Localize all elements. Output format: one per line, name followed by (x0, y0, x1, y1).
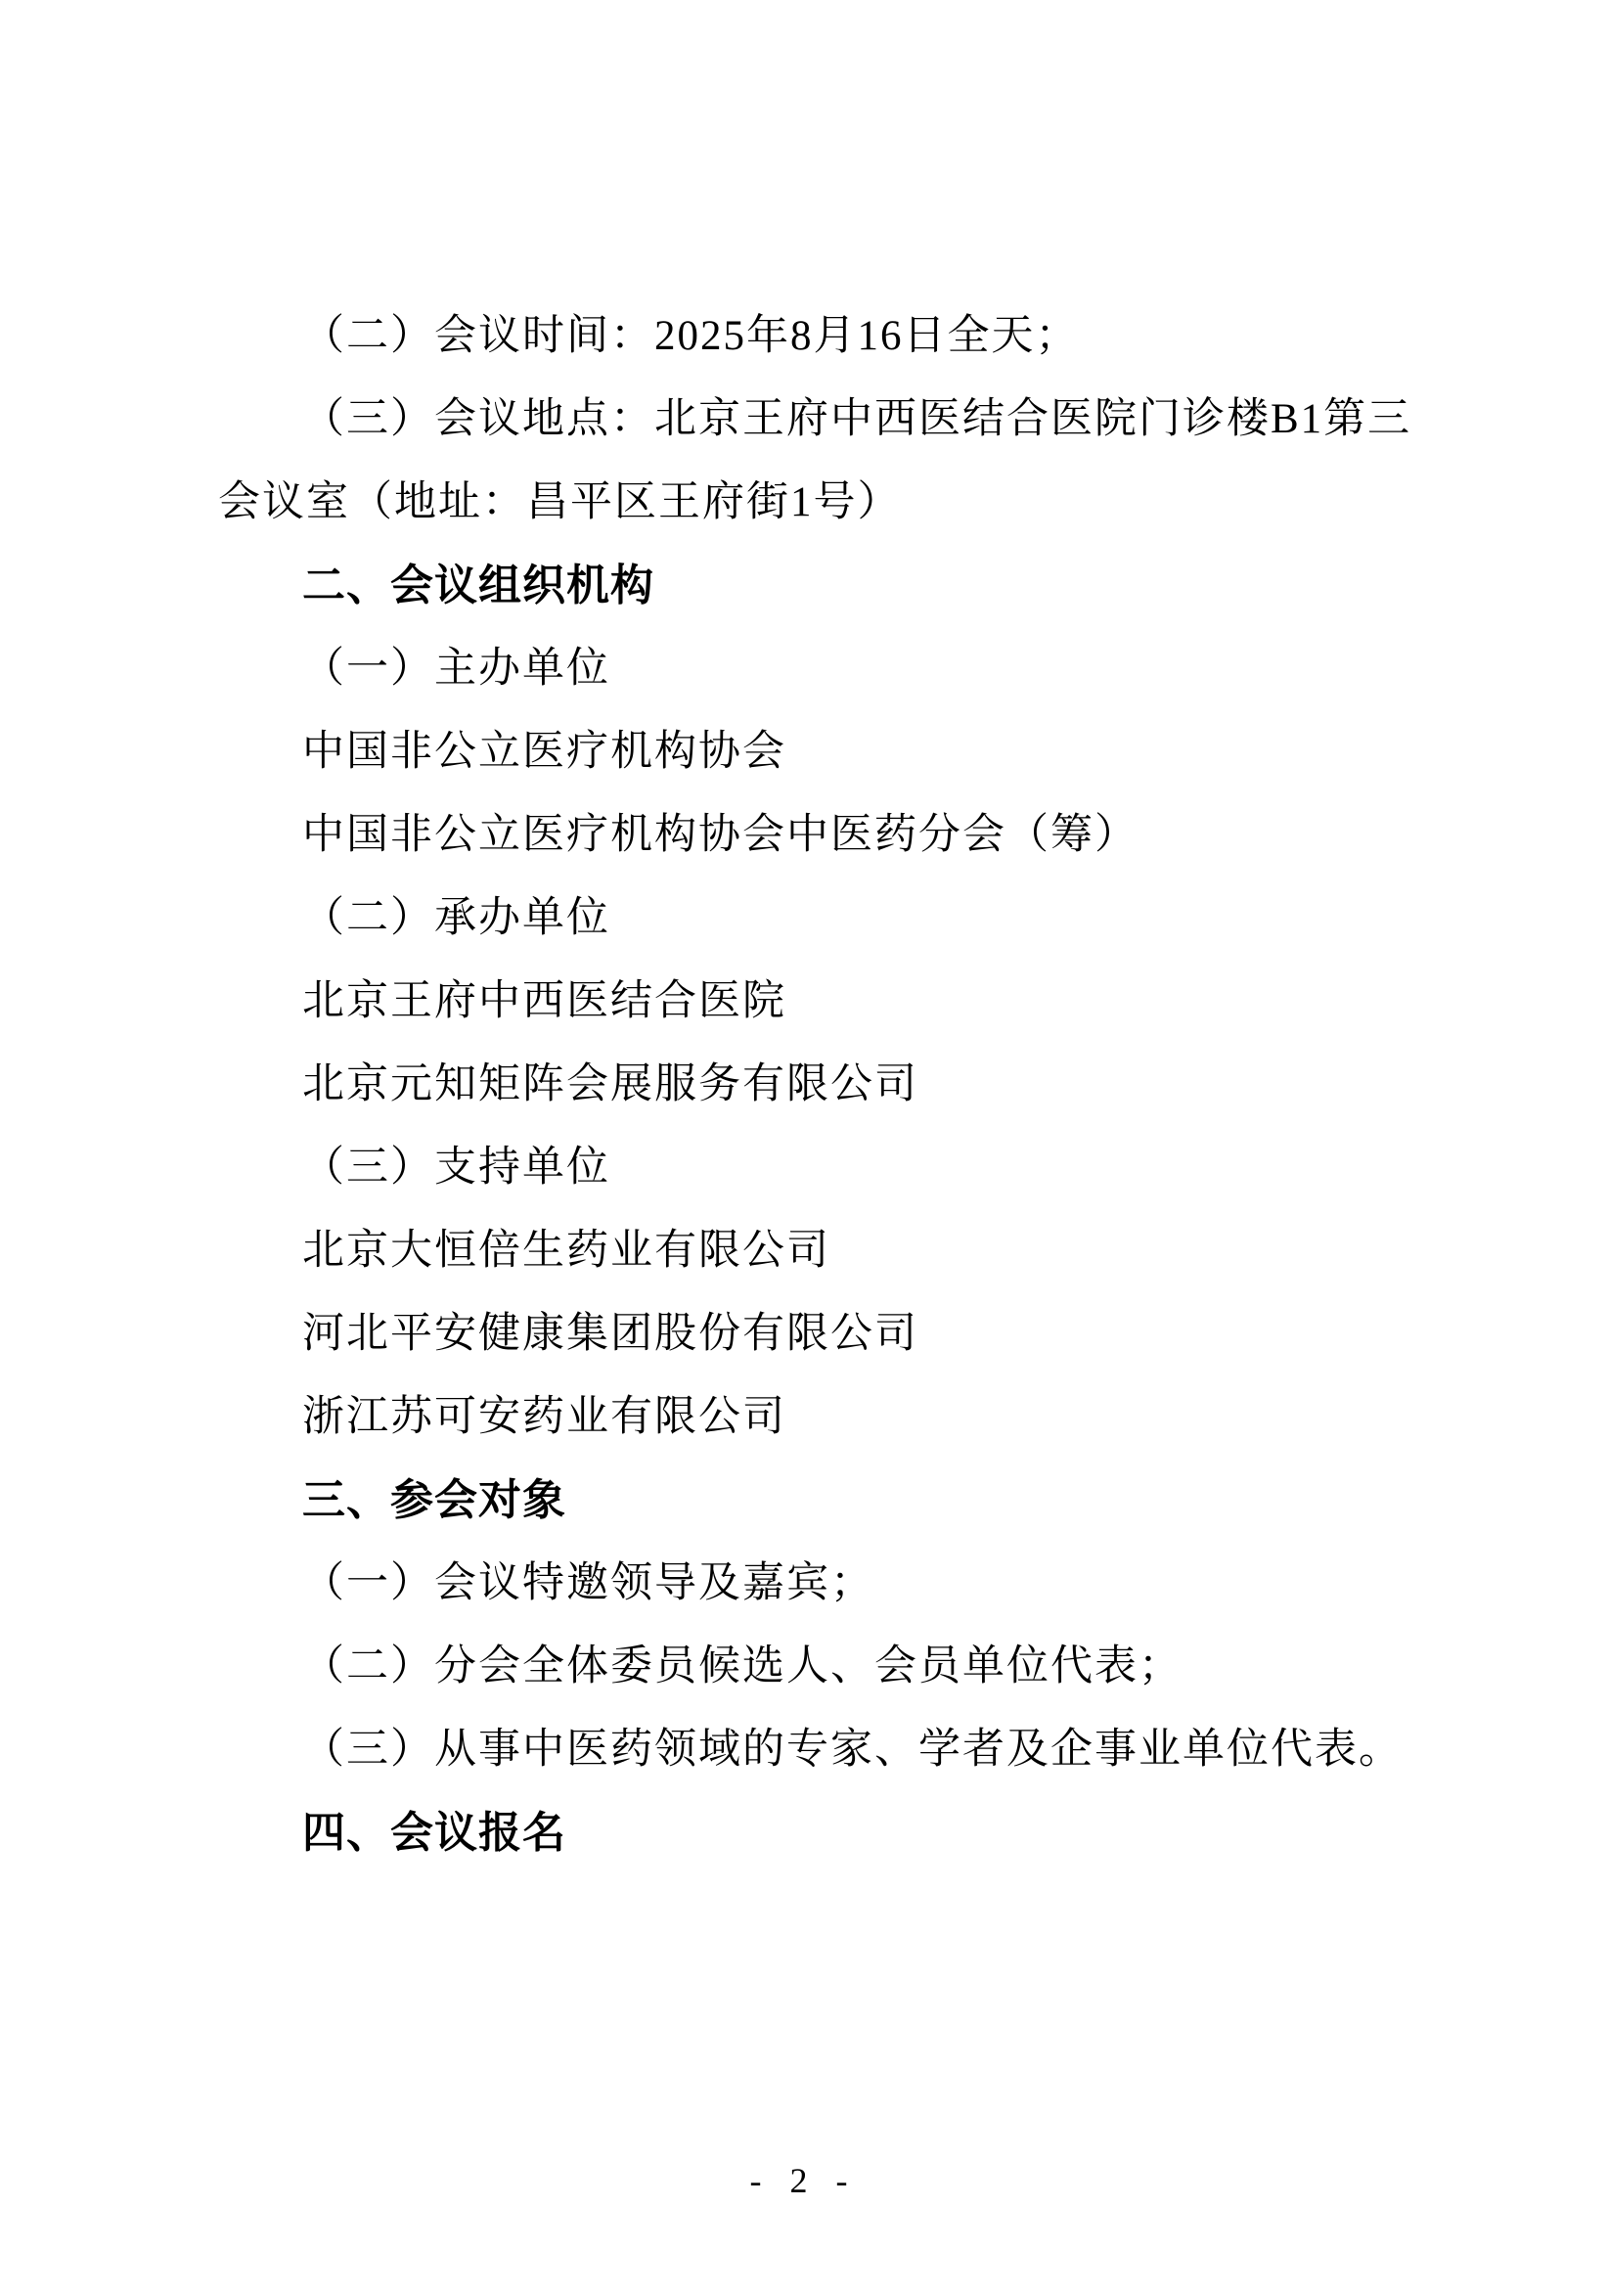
document-line: 中国非公立医疗机构协会 (218, 710, 1402, 793)
document-line: （三）支持单位 (218, 1126, 1402, 1209)
document-line: 北京王府中西医结合医院 (218, 960, 1402, 1043)
document-line: （三）从事中医药领域的专家、学者及企事业单位代表。 (218, 1708, 1402, 1791)
document-line: （二）承办单位 (218, 877, 1402, 960)
document-line: 会议室（地址：昌平区王府街1号） (218, 461, 1402, 544)
document-line: 浙江苏可安药业有限公司 (218, 1375, 1402, 1459)
document-line: （二）会议时间：2025年8月16日全天； (218, 294, 1402, 378)
document-line: （一）会议特邀领导及嘉宾； (218, 1542, 1402, 1625)
document-line: 三、参会对象 (218, 1459, 1402, 1542)
document-line: 北京元知矩阵会展服务有限公司 (218, 1043, 1402, 1126)
document-body: （二）会议时间：2025年8月16日全天；（三）会议地点：北京王府中西医结合医院… (218, 294, 1402, 1874)
document-line: （二）分会全体委员候选人、会员单位代表； (218, 1625, 1402, 1708)
page-number: - 2 - (0, 2160, 1607, 2201)
document-page: （二）会议时间：2025年8月16日全天；（三）会议地点：北京王府中西医结合医院… (0, 0, 1607, 2296)
document-line: 中国非公立医疗机构协会中医药分会（筹） (218, 793, 1402, 877)
document-line: 河北平安健康集团股份有限公司 (218, 1292, 1402, 1375)
document-line: 二、会议组织机构 (218, 544, 1402, 627)
document-line: （三）会议地点：北京王府中西医结合医院门诊楼B1第三 (218, 378, 1402, 461)
document-line: 四、会议报名 (218, 1791, 1402, 1874)
document-line: （一）主办单位 (218, 627, 1402, 710)
document-line: 北京大恒倍生药业有限公司 (218, 1209, 1402, 1292)
